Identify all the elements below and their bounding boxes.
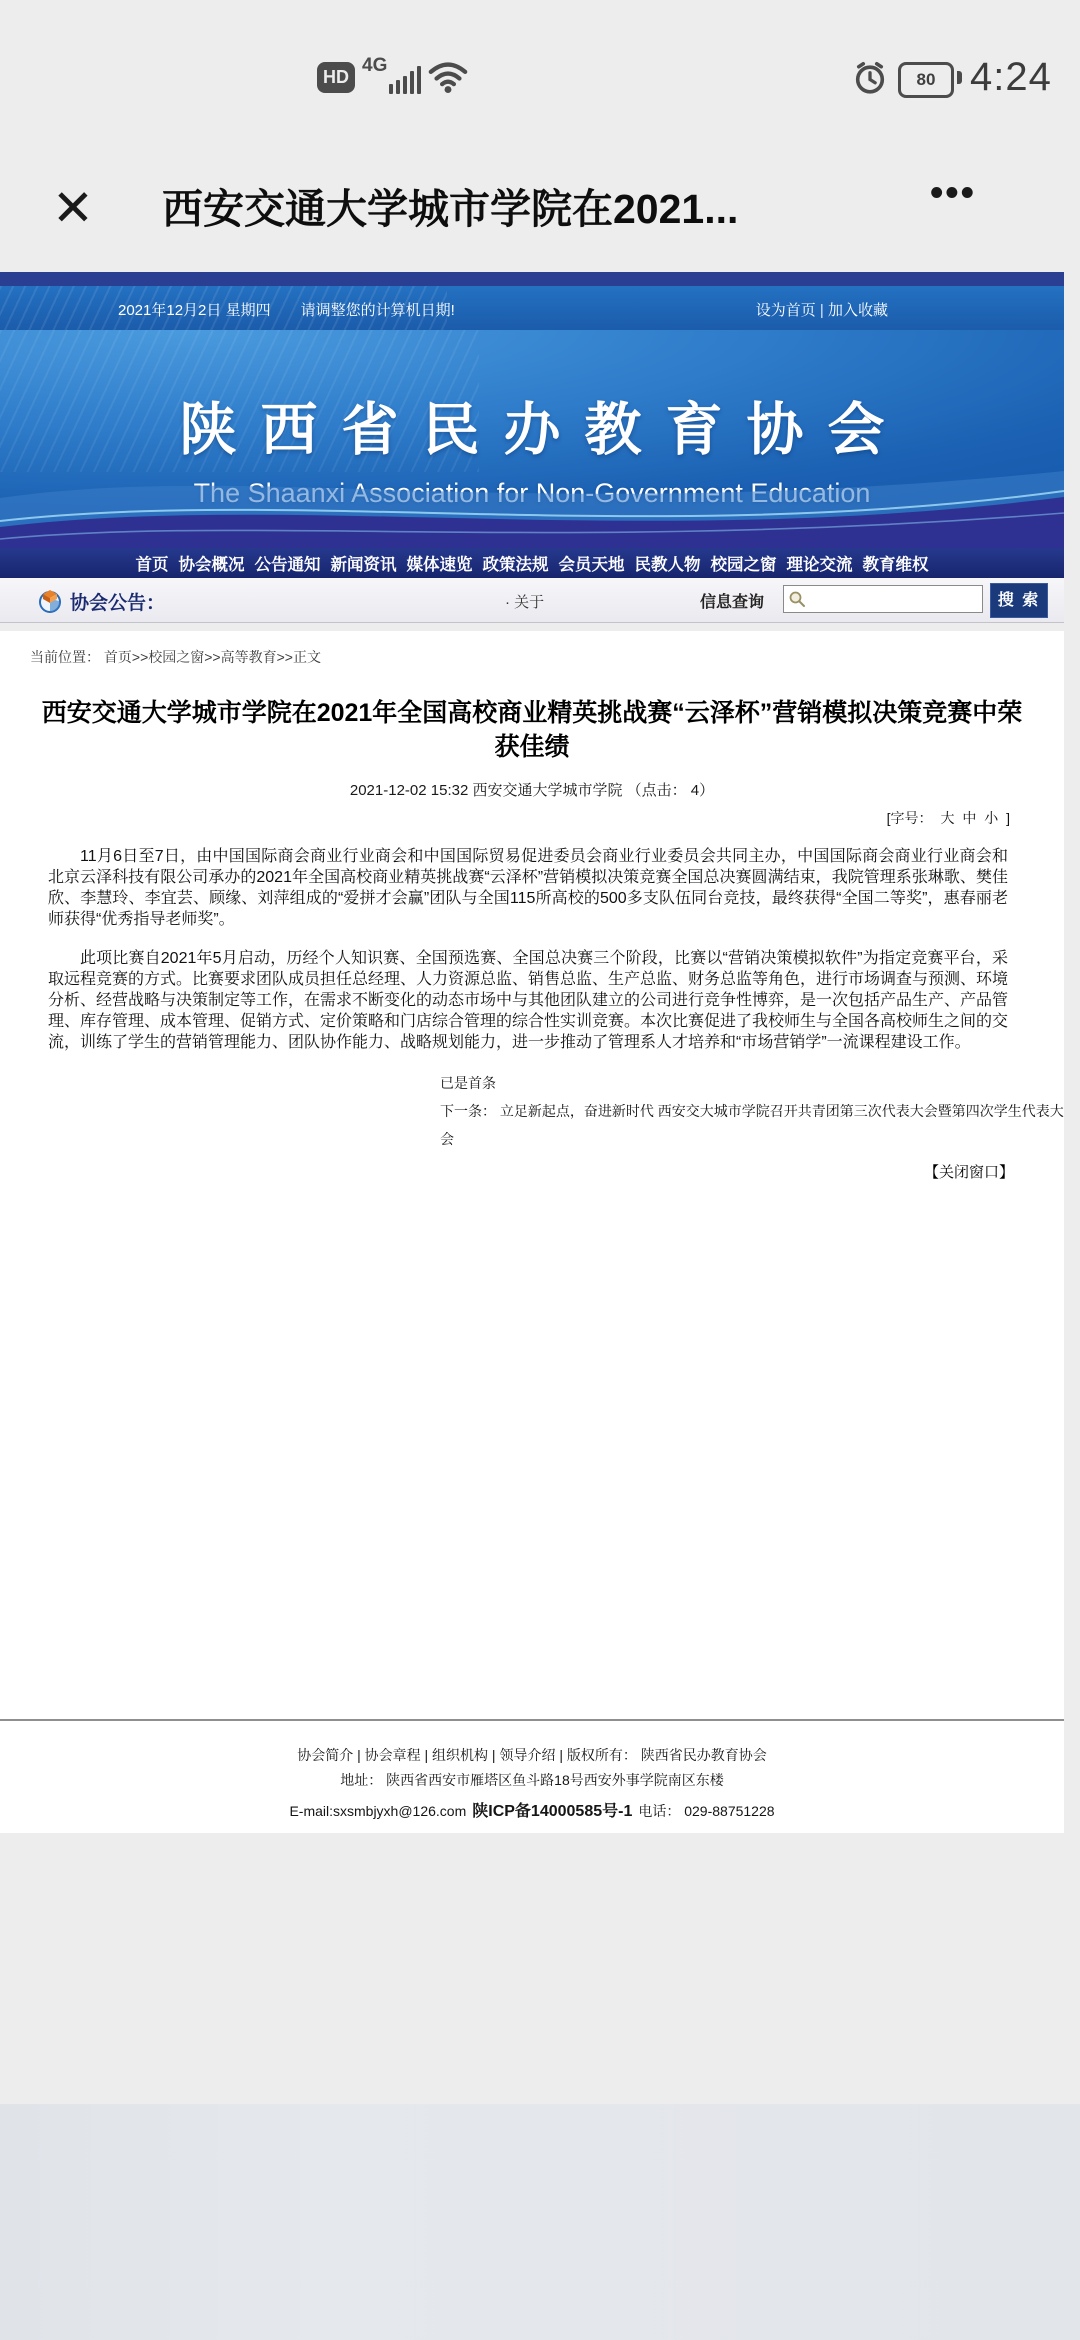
browser-page-title: 西安交通大学城市学院在2021... — [162, 176, 922, 235]
next-item-link[interactable]: 立足新起点，奋进新时代 西安交大城市学院召开共青团第三次代表大会暨第四次学生代表… — [440, 1103, 1064, 1147]
nav-item-overview[interactable]: 协会概况 — [177, 551, 247, 575]
nav-item-rights[interactable]: 教育维权 — [861, 551, 931, 575]
datebar-links: 设为首页加入收藏 — [756, 299, 888, 320]
battery-nub-icon — [957, 71, 962, 84]
status-time: 4:24 — [970, 55, 1052, 100]
more-menu-icon[interactable]: ••• — [930, 172, 976, 215]
nav-item-members[interactable]: 会员天地 — [557, 551, 627, 575]
footer-copyright: 版权所有： 陕西省民办教育协会 — [567, 1747, 767, 1763]
battery-icon: 80 — [898, 62, 954, 98]
font-size-medium[interactable]: 中 — [960, 810, 978, 826]
webpage: 2021年12月2日 星期四 请调整您的计算机日期! 设为首页加入收藏 陕西省民… — [0, 272, 1064, 1833]
close-window-link[interactable]: 【关闭窗口】 — [0, 1161, 1064, 1182]
article-meta: 2021-12-02 15:32 西安交通大学城市学院 （点击： 4） — [0, 779, 1064, 800]
site-top-strip — [0, 272, 1064, 286]
search-input[interactable] — [783, 585, 983, 613]
font-size-prefix: [字号： — [885, 810, 935, 826]
announcement-cube-icon — [36, 586, 64, 619]
footer-email: E-mail:sxsmbjyxh@126.com — [289, 1803, 466, 1819]
article-pager-notes: 已是首条 下一条： 立足新起点，奋进新时代 西安交大城市学院召开共青团第三次代表… — [440, 1069, 1064, 1153]
site-date-bar: 2021年12月2日 星期四 请调整您的计算机日期! 设为首页加入收藏 — [0, 286, 1064, 330]
nav-item-policies[interactable]: 政策法规 — [481, 551, 551, 575]
site-footer: 协会简介协会章程组织机构领导介绍版权所有： 陕西省民办教育协会 地址： 陕西省西… — [0, 1719, 1064, 1833]
nav-item-theory[interactable]: 理论交流 — [785, 551, 855, 575]
footer-link-about[interactable]: 协会简介 — [297, 1747, 353, 1763]
alarm-clock-icon — [852, 60, 888, 101]
signal-bars-icon — [389, 64, 421, 94]
footer-link-structure[interactable]: 组织机构 — [432, 1747, 488, 1763]
font-size-controls: [字号： 大 中 小 ] — [0, 808, 1064, 828]
article-paragraph: 此项比赛自2021年5月启动，历经个人知识赛、全国预选赛、全国总决赛三个阶段，比… — [48, 948, 1008, 1053]
footer-link-charter[interactable]: 协会章程 — [365, 1747, 421, 1763]
add-favorite-link[interactable]: 加入收藏 — [816, 302, 888, 319]
footer-icp-number: 陕ICP备14000585号-1 — [466, 1803, 638, 1820]
article-panel: 当前位置： 首页>>校园之窗>>高等教育>>正文 西安交通大学城市学院在2021… — [0, 631, 1064, 1719]
footer-separator — [488, 1747, 499, 1763]
footer-separator — [353, 1747, 364, 1763]
phone-screen: HD 4G 80 4:24 ✕ 西安交通大学城市学院在2021... — [0, 0, 1080, 2340]
nav-item-campus[interactable]: 校园之窗 — [709, 551, 779, 575]
site-date-text: 2021年12月2日 星期四 请调整您的计算机日期! — [118, 299, 455, 320]
article-title: 西安交通大学城市学院在2021年全国高校商业精英挑战赛“云泽杯”营销模拟决策竞赛… — [36, 697, 1028, 765]
wifi-icon — [428, 58, 468, 99]
banner-wave-graphic — [0, 453, 1064, 548]
font-size-suffix: ] — [1004, 810, 1012, 826]
browser-title-bar: ✕ 西安交通大学城市学院在2021... ••• — [0, 170, 1080, 250]
footer-separator — [555, 1747, 566, 1763]
nav-item-news[interactable]: 新闻资讯 — [329, 551, 399, 575]
close-icon[interactable]: ✕ — [52, 178, 94, 238]
page-bottom-background — [0, 2104, 1080, 2340]
announcement-marquee-link[interactable]: · 关于 — [505, 591, 544, 612]
font-size-large[interactable]: 大 — [938, 810, 956, 826]
footer-separator — [421, 1747, 432, 1763]
nav-item-home[interactable]: 首页 — [134, 551, 171, 575]
footer-contact-row: E-mail:sxsmbjyxh@126.com陕ICP备14000585号-1… — [0, 1798, 1064, 1821]
first-item-note: 已是首条 — [440, 1069, 1064, 1097]
site-banner: 陕西省民办教育协会 The Shaanxi Association for No… — [0, 330, 1064, 548]
next-item-row: 下一条： 立足新起点，奋进新时代 西安交大城市学院召开共青团第三次代表大会暨第四… — [440, 1097, 1064, 1153]
font-size-small[interactable]: 小 — [982, 810, 1000, 826]
next-item-label: 下一条： — [440, 1103, 500, 1119]
footer-phone: 电话： 029-88751228 — [638, 1803, 774, 1819]
article-body: 11月6日至7日，由中国国际商会商业行业商会和中国国际贸易促进委员会商业行业委员… — [48, 846, 1008, 1053]
footer-address: 地址： 陕西省西安市雁塔区鱼斗路18号西安外事学院南区东楼 — [0, 1770, 1064, 1790]
search-button[interactable]: 搜 索 — [990, 583, 1048, 618]
footer-link-leaders[interactable]: 领导介绍 — [499, 1747, 555, 1763]
article-paragraph: 11月6日至7日，由中国国际商会商业行业商会和中国国际贸易促进委员会商业行业委员… — [48, 846, 1008, 930]
announcement-label: 协会公告： — [70, 588, 165, 615]
breadcrumb: 当前位置： 首页>>校园之窗>>高等教育>>正文 — [0, 631, 1064, 667]
network-type-label: 4G — [362, 55, 387, 77]
search-icon — [788, 590, 806, 613]
nav-item-people[interactable]: 民教人物 — [633, 551, 703, 575]
nav-item-announcements[interactable]: 公告通知 — [253, 551, 323, 575]
nav-item-media[interactable]: 媒体速览 — [405, 551, 475, 575]
set-home-link[interactable]: 设为首页 — [756, 302, 816, 319]
announcement-bar: 协会公告： · 关于 信息查询 搜 索 — [0, 578, 1064, 623]
footer-links-row: 协会简介协会章程组织机构领导介绍版权所有： 陕西省民办教育协会 — [0, 1745, 1064, 1765]
status-bar: HD 4G 80 4:24 — [0, 0, 1080, 120]
main-nav-bar: 首页 协会概况 公告通知 新闻资讯 媒体速览 政策法规 会员天地 民教人物 校园… — [0, 548, 1064, 578]
hd-voice-icon: HD — [317, 62, 355, 93]
search-section-label: 信息查询 — [700, 589, 764, 612]
